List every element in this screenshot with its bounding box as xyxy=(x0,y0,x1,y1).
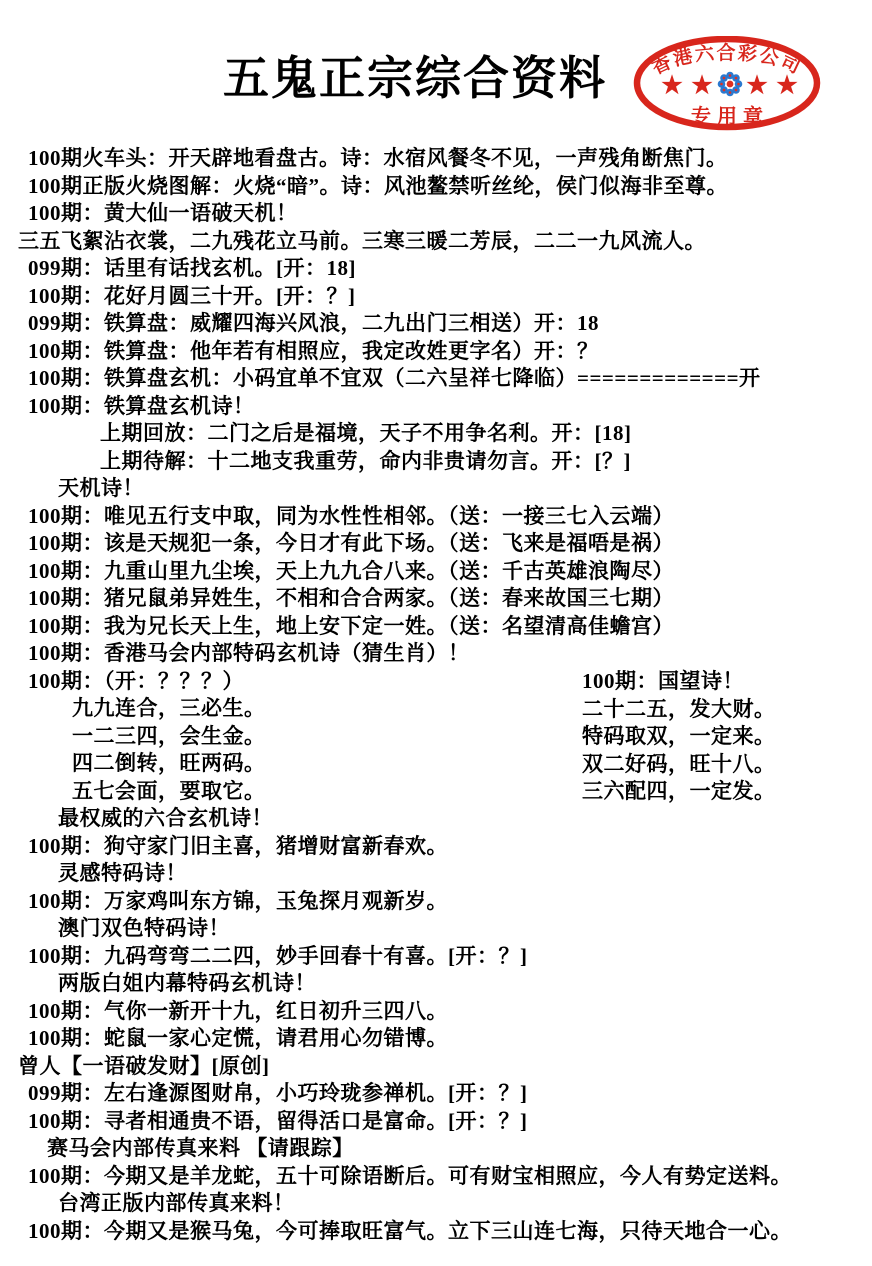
star-icon: ★ xyxy=(691,73,713,99)
text-line: 099期：左右逢源图财帛，小巧玲珑参禅机。[开：？] xyxy=(28,1080,872,1108)
right-column: 100期：国望诗！二十二五，发大财。特码取双，一定来。双二好码，旺十八。三六配四… xyxy=(582,668,776,806)
text-line: 最权威的六合玄机诗！ xyxy=(58,805,872,833)
right-column-line: 双二好码，旺十八。 xyxy=(582,751,776,779)
bauhinia-flower-icon xyxy=(718,72,743,97)
stamp-bottom-text: 专用章 xyxy=(691,104,769,128)
text-line: 100期：铁算盘玄机：小码宜单不宜双（二六呈祥七降临）=============… xyxy=(28,365,872,393)
text-line: 100期：铁算盘玄机诗！ xyxy=(28,393,872,421)
text-line: 台湾正版内部传真来料！ xyxy=(58,1190,872,1218)
text-line: 100期：该是天规犯一条，今日才有此下场。（送：飞来是福唔是祸） xyxy=(28,530,872,558)
text-line: 100期：黄大仙一语破天机！ xyxy=(28,200,872,228)
text-line: 100期：蛇鼠一家心定慌，请君用心勿错博。 xyxy=(28,1025,872,1053)
text-line: 赛马会内部传真来料 【请跟踪】 xyxy=(47,1135,872,1163)
text-line: 100期：香港马会内部特码玄机诗（猜生肖）！ xyxy=(28,640,872,668)
page-title: 五鬼正宗综合资料 xyxy=(223,42,607,108)
text-line: 澳门双色特码诗！ xyxy=(58,915,872,943)
right-column-line: 特码取双，一定来。 xyxy=(582,723,776,751)
text-line: 100期：气你一新开十九，红日初升三四八。 xyxy=(28,998,872,1026)
company-stamp: 香港六合彩公司 ★ ★ ★ ★ 专用章 xyxy=(632,36,822,131)
text-line: 099期：话里有话找玄机。[开：18] xyxy=(28,255,872,283)
text-line: 100期正版火烧图解：火烧“暗”。诗：风池鳌禁听丝纶，侯门似海非至尊。 xyxy=(28,173,872,201)
text-line: 灵感特码诗！ xyxy=(58,860,872,888)
text-line: 100期：今期又是羊龙蛇，五十可除语断后。可有财宝相照应，今人有势定送料。 xyxy=(28,1163,872,1191)
text-line: 曾人【一语破发财】[原创] xyxy=(18,1053,872,1081)
star-icon: ★ xyxy=(776,73,798,99)
right-column-line: 三六配四，一定发。 xyxy=(582,778,776,806)
text-line: 天机诗！ xyxy=(58,475,872,503)
text-line: 100期：九码弯弯二二四，妙手回春十有喜。[开：？] xyxy=(28,943,872,971)
text-line: 三五飞絮沾衣裳，二九残花立马前。三寒三暖二芳辰，二二一九风流人。 xyxy=(18,228,872,256)
text-line: 两版白姐内幕特码玄机诗！ xyxy=(58,970,872,998)
text-line: 100期：寻者相通贵不语，留得活口是富命。[开：？] xyxy=(28,1108,872,1136)
text-line: 100期火车头：开天辟地看盘古。诗：水宿风餐冬不见，一声残角断焦门。 xyxy=(28,145,872,173)
text-line: 100期：花好月圆三十开。[开：？] xyxy=(28,283,872,311)
text-line: 100期：我为兄长天上生，地上安下定一姓。（送：名望清高佳蟾宫） xyxy=(28,613,872,641)
text-line: 100期：猪兄鼠弟异姓生，不相和合合两家。（送：春来故国三七期） xyxy=(28,585,872,613)
star-icon: ★ xyxy=(661,73,683,99)
text-line: 100期：铁算盘：他年若有相照应，我定改姓更字名）开：？ xyxy=(28,338,872,366)
text-line: 100期：唯见五行支中取，同为水性性相邻。（送：一接三七入云端） xyxy=(28,503,872,531)
text-line: 100期：狗守家门旧主喜，猪增财富新春欢。 xyxy=(28,833,872,861)
text-line: 上期待解：十二地支我重劳，命内非贵请勿言。开：[？] xyxy=(100,448,872,476)
right-column-line: 100期：国望诗！ xyxy=(582,668,776,696)
lottery-info-sheet: 五鬼正宗综合资料 香港六合彩公司 ★ ★ xyxy=(0,0,872,1266)
text-line: 上期回放：二门之后是福境，天子不用争名利。开：[18] xyxy=(100,420,872,448)
right-column-line: 二十二五，发大财。 xyxy=(582,696,776,724)
text-line: 099期：铁算盘：威耀四海兴风浪，二九出门三相送）开：18 xyxy=(28,310,872,338)
text-line: 100期：万家鸡叫东方锦，玉兔探月观新岁。 xyxy=(28,888,872,916)
text-line: 100期：今期又是猴马兔，今可捧取旺富气。立下三山连七海，只待天地合一心。 xyxy=(28,1218,872,1246)
text-line: 100期：九重山里九尘埃，天上九九合八来。（送：千古英雄浪陶尽） xyxy=(28,558,872,586)
star-icon: ★ xyxy=(746,73,768,99)
